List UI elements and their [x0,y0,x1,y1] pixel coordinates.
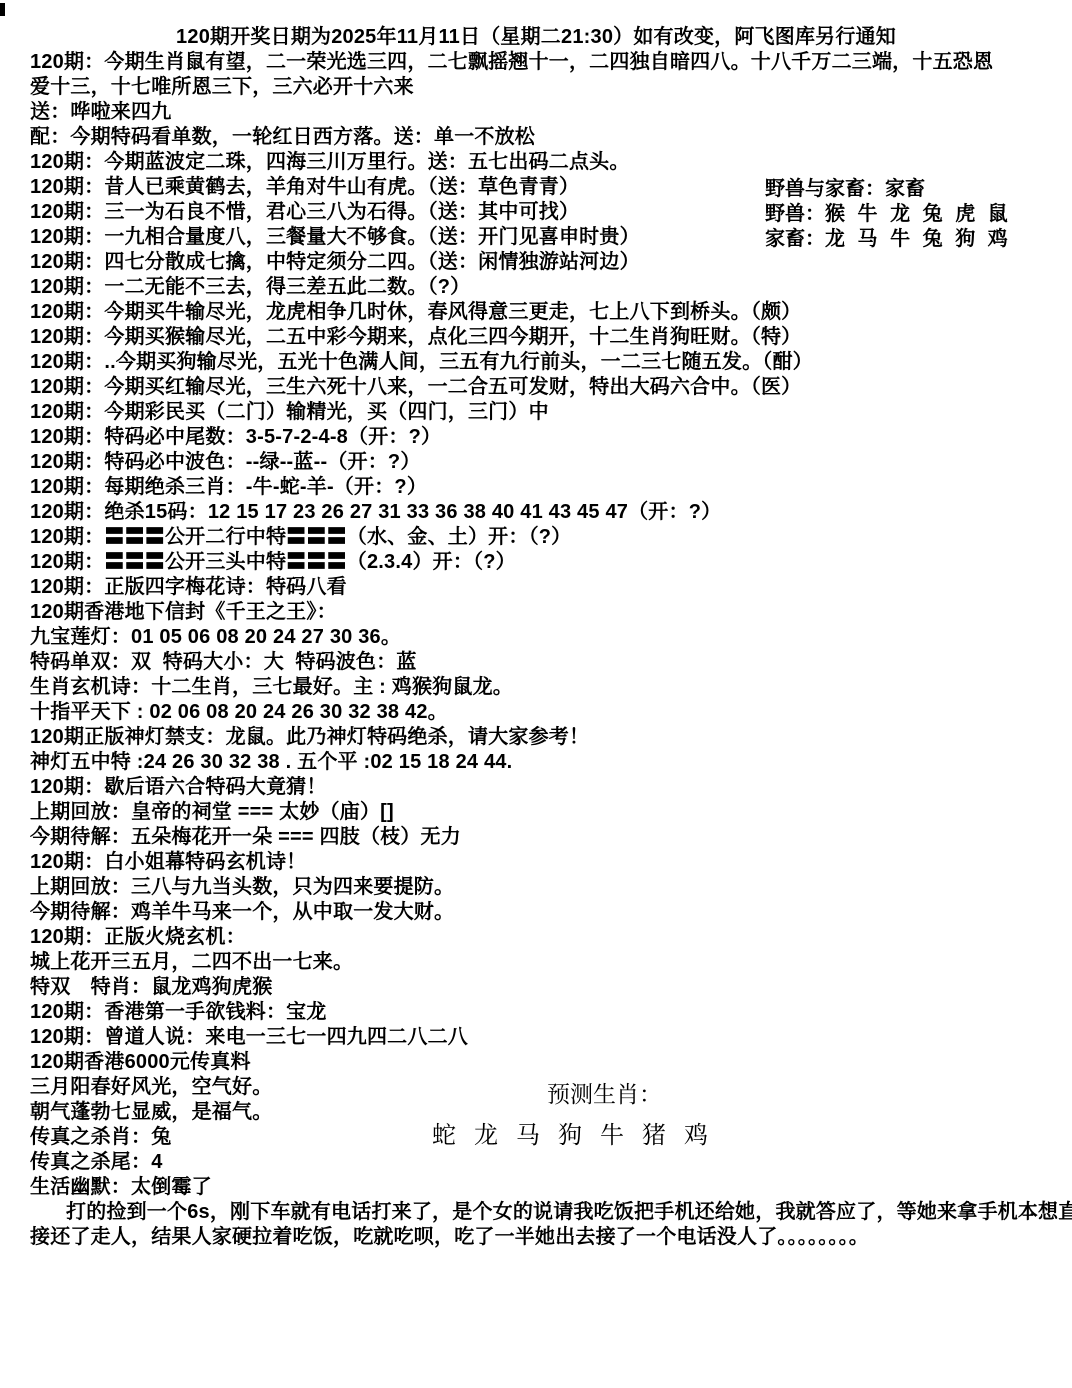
text-line: 120期：香港第一手欲钱料：宝龙 [30,1000,1042,1025]
text-line: 生活幽默：太倒霉了 [30,1175,1042,1200]
text-line: 120期：曾道人说：来电一三七一四九四二八二八 [30,1025,1042,1050]
text-line: 120期：今期买猴输尽光，二五中彩今期来，点化三四今期开，十二生肖狗旺财。（特） [30,325,1042,350]
text-line: 120期：今期彩民买（二门）输精光，买（四门，三门）中 [30,400,1042,425]
text-line: 120期：四七分散成七擒，中特定须分二四。（送：闲情独游站河边） [30,250,1042,275]
text-line: 120期：特码必中波色：--绿--蓝--（开：?） [30,450,1042,475]
text-line: 特双 特肖：鼠龙鸡狗虎猴 [30,975,1042,1000]
text-line: 上期回放：皇帝的祠堂 === 太妙（庙）[] [30,800,1042,825]
text-line: 120期：特码必中尾数：3-5-7-2-4-8（开：?） [30,425,1042,450]
text-line: 120期香港6000元传真料 [30,1050,1042,1075]
text-line: 120期香港地下信封《千王之王》： [30,600,1042,625]
text-line: 120期：今期蓝波定二珠，四海三川万里行。送：五七出码二点头。 [30,150,1042,175]
text-line: 120期：〓〓〓公开三头中特〓〓〓（2.3.4）开：（?） [30,550,1042,575]
text-line: 120期：今期买红输尽光，三生六死十八来，一二合五可发财，特出大码六合中。（医） [30,375,1042,400]
text-line: 120期：歇后语六合特码大竟猜！ [30,775,1042,800]
text-line: 120期：一二无能不三去，得三差五此二数。（?） [30,275,1042,300]
text-line: 今期待解：五朵梅花开一朵 === 四肢（枝）无力 [30,825,1042,850]
text-line: 特码单双：双 特码大小：大 特码波色：蓝 [30,650,1042,675]
text-line: 120期：..今期买狗输尽光，五光十色满人间，三五有九行前头，一二三七随五发。（… [30,350,1042,375]
text-line: 今期待解：鸡羊牛马来一个，从中取一发大财。 [30,900,1042,925]
text-line: 配：今期特码看单数，一轮红日西方落。送：单一不放松 [30,125,1042,150]
text-line: 接还了走人，结果人家硬拉着吃饭，吃就吃呗，吃了一半她出去接了一个电话没人了。。。… [30,1225,1042,1250]
text-line: 120期正版神灯禁支：龙鼠。此乃神灯特码绝杀，请大家参考！ [30,725,1042,750]
text-line: 十指平天下 : 02 06 08 20 24 26 30 32 38 42。 [30,700,1042,725]
prediction-zodiac-label: 预测生肖： [547,1082,662,1107]
text-line: 打的捡到一个6s，刚下车就有电话打来了，是个女的说请我吃饭把手机还给她，我就答应… [30,1200,1042,1225]
corner-mark [0,3,5,16]
text-line: 120期：白小姐幕特码玄机诗！ [30,850,1042,875]
text-line: 120期：〓〓〓公开二行中特〓〓〓（水、金、土）开：（?） [30,525,1042,550]
text-line: 送：哗啦来四九 [30,100,1042,125]
lottery-tipsheet-page: 120期开奖日期为2025年11月11日（星期二21:30）如有改变，阿飞图库另… [0,0,1072,1388]
text-line: 120期：今期生肖鼠有望，二一荣光选三四，二七飘摇翘十一，二四独自暗四八。十八千… [30,50,1042,75]
prediction-zodiac-list: 蛇 龙 马 狗 牛 猪 鸡 [432,1124,708,1149]
text-line: 上期回放：三八与九当头数，只为四来要提防。 [30,875,1042,900]
text-line: 120期：正版四字梅花诗：特码八看 [30,575,1042,600]
beast-vs-domestic-title: 野兽与家畜：家畜 [765,177,925,202]
text-line: 120期：今期买牛输尽光，龙虎相争几时休，春风得意三更走，七上八下到桥头。（颇） [30,300,1042,325]
wild-beasts-line: 野兽：猴 牛 龙 兔 虎 鼠 [765,202,1008,227]
text-line: 传真之杀尾：4 [30,1150,1042,1175]
text-line: 120期：每期绝杀三肖：-牛-蛇-羊-（开：?） [30,475,1042,500]
text-line: 120期：正版火烧玄机： [30,925,1042,950]
text-line: 城上花开三五月，二四不出一七来。 [30,950,1042,975]
text-line: 朝气蓬勃七显威，是福气。 [30,1100,1042,1125]
text-line: 120期：绝杀15码：12 15 17 23 26 27 31 33 36 38… [30,500,1042,525]
text-line: 生肖玄机诗：十二生肖，三七最好。主 : 鸡猴狗鼠龙。 [30,675,1042,700]
text-line: 神灯五中特 :24 26 30 32 38 . 五个平 :02 15 18 24… [30,750,1042,775]
draw-date-notice: 120期开奖日期为2025年11月11日（星期二21:30）如有改变，阿飞图库另… [30,25,1042,50]
text-line: 三月阳春好风光，空气好。 [30,1075,1042,1100]
text-line: 爱十三，十七唯所恩三下，三六必开十六来 [30,75,1042,100]
text-line: 九宝莲灯：01 05 06 08 20 24 27 30 36。 [30,625,1042,650]
domestic-animals-line: 家畜：龙 马 牛 兔 狗 鸡 [765,227,1008,252]
